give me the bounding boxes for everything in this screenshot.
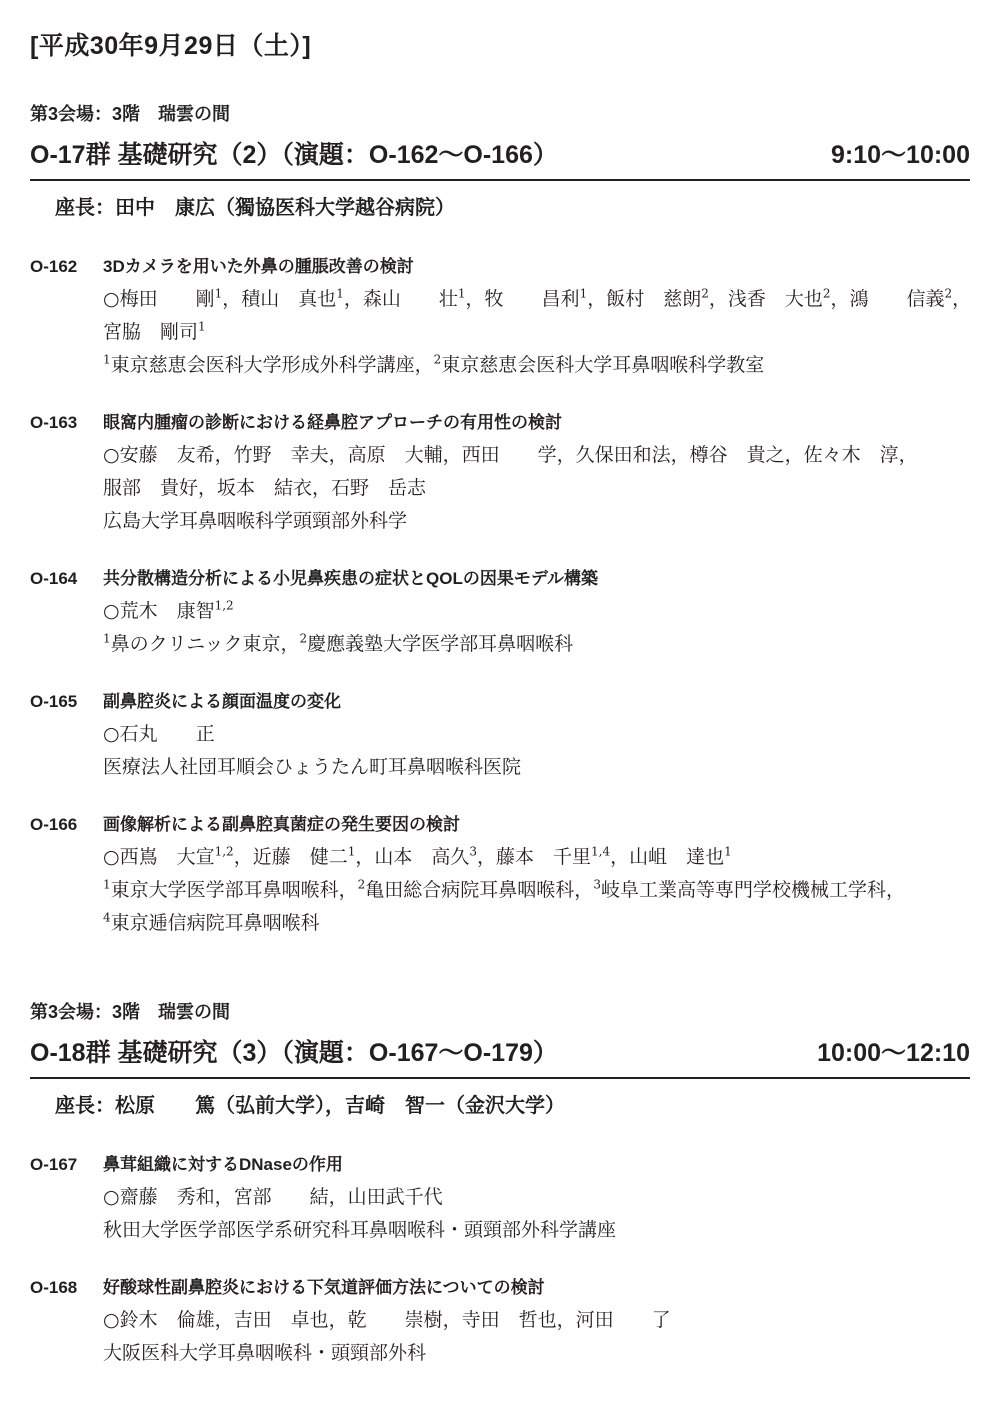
text-line: 秋田大学医学部医学系研究科耳鼻咽喉科・頭頸部外科学講座	[103, 1214, 970, 1247]
presentation-title: 画像解析による副鼻腔真菌症の発生要因の検討	[103, 808, 970, 841]
presentation-authors: ○西嶌 大宣1,2，近藤 健二1，山本 高久3，藤本 千里1,4，山岨 達也1	[103, 841, 970, 874]
presentation-list: O-162 3Dカメラを用いた外鼻の腫脹改善の検討 ○梅田 剛1，積山 真也1，…	[30, 250, 970, 940]
presentation-title: 好酸球性副鼻腔炎における下気道評価方法についての検討	[103, 1271, 970, 1304]
presentation-title: 3Dカメラを用いた外鼻の腫脹改善の検討	[103, 250, 970, 283]
text-line: 広島大学耳鼻咽喉科学頭頸部外科学	[103, 505, 970, 538]
presentation-o168: O-168 好酸球性副鼻腔炎における下気道評価方法についての検討 ○鈴木 倫雄，…	[30, 1271, 970, 1370]
text-line: ○齋藤 秀和，宮部 結，山田武千代	[103, 1181, 970, 1214]
text-line: ○安藤 友希，竹野 幸夫，高原 大輔，西田 学，久保田和法，樽谷 貴之，佐々木 …	[103, 439, 970, 472]
presentation-o162: O-162 3Dカメラを用いた外鼻の腫脹改善の検討 ○梅田 剛1，積山 真也1，…	[30, 250, 970, 382]
session-o17: 第3会場：3階 瑞雲の間 O-17群 基礎研究（2）（演題：O-162～O-16…	[30, 100, 970, 940]
presentation-title: 副鼻腔炎による顔面温度の変化	[103, 685, 970, 718]
session-rule	[30, 179, 970, 181]
presentation-title: 共分散構造分析による小児鼻疾患の症状とQOLの因果モデル構築	[103, 562, 970, 595]
presentation-title: 鼻茸組織に対するDNaseの作用	[103, 1148, 970, 1181]
presentation-o164: O-164 共分散構造分析による小児鼻疾患の症状とQOLの因果モデル構築 ○荒木…	[30, 562, 970, 661]
text-line: 4東京逓信病院耳鼻咽喉科	[103, 907, 970, 940]
presentation-body: 眼窩内腫瘤の診断における経鼻腔アプローチの有用性の検討 ○安藤 友希，竹野 幸夫…	[103, 406, 970, 538]
presentation-authors: ○梅田 剛1，積山 真也1，森山 壮1，牧 昌利1，飯村 慈朗2，浅香 大也2，…	[103, 283, 970, 349]
presentation-body: 共分散構造分析による小児鼻疾患の症状とQOLの因果モデル構築 ○荒木 康智1,2…	[103, 562, 970, 661]
text-line: 1鼻のクリニック東京，2慶應義塾大学医学部耳鼻咽喉科	[103, 628, 970, 661]
presentation-o167: O-167 鼻茸組織に対するDNaseの作用 ○齋藤 秀和，宮部 結，山田武千代…	[30, 1148, 970, 1247]
text-line: 服部 貴好，坂本 結衣，石野 岳志	[103, 472, 970, 505]
presentation-list: O-167 鼻茸組織に対するDNaseの作用 ○齋藤 秀和，宮部 結，山田武千代…	[30, 1148, 970, 1370]
session-header: O-18群 基礎研究（3）（演題：O-167～O-179） 10:00～12:1…	[30, 1033, 970, 1069]
presentation-title: 眼窩内腫瘤の診断における経鼻腔アプローチの有用性の検討	[103, 406, 970, 439]
presentation-affiliations: 医療法人社団耳順会ひょうたん町耳鼻咽喉科医院	[103, 751, 970, 784]
program-page: [平成30年9月29日（土）] 第3会場：3階 瑞雲の間 O-17群 基礎研究（…	[0, 0, 1000, 1410]
text-line: ○梅田 剛1，積山 真也1，森山 壮1，牧 昌利1，飯村 慈朗2，浅香 大也2，…	[103, 283, 970, 316]
session-chair: 座長：松原 篤（弘前大学），吉崎 智一（金沢大学）	[30, 1089, 970, 1118]
presentation-affiliations: 大阪医科大学耳鼻咽喉科・頭頸部外科	[103, 1337, 970, 1370]
presentation-o165: O-165 副鼻腔炎による顔面温度の変化 ○石丸 正 医療法人社団耳順会ひょうた…	[30, 685, 970, 784]
text-line: ○石丸 正	[103, 718, 970, 751]
presentation-affiliations: 秋田大学医学部医学系研究科耳鼻咽喉科・頭頸部外科学講座	[103, 1214, 970, 1247]
text-line: ○荒木 康智1,2	[103, 595, 970, 628]
presentation-id: O-163	[30, 406, 103, 439]
presentation-body: 好酸球性副鼻腔炎における下気道評価方法についての検討 ○鈴木 倫雄，吉田 卓也，…	[103, 1271, 970, 1370]
presentation-id: O-166	[30, 808, 103, 841]
presentation-body: 画像解析による副鼻腔真菌症の発生要因の検討 ○西嶌 大宣1,2，近藤 健二1，山…	[103, 808, 970, 940]
presentation-authors: ○安藤 友希，竹野 幸夫，高原 大輔，西田 学，久保田和法，樽谷 貴之，佐々木 …	[103, 439, 970, 505]
presentation-id: O-165	[30, 685, 103, 718]
presentation-authors: ○石丸 正	[103, 718, 970, 751]
session-venue: 第3会場：3階 瑞雲の間	[30, 998, 970, 1024]
session-title: O-18群 基礎研究（3）（演題：O-167～O-179）	[30, 1033, 558, 1069]
text-line: 1東京大学医学部耳鼻咽喉科，2亀田総合病院耳鼻咽喉科，3岐阜工業高等専門学校機械…	[103, 874, 970, 907]
session-time: 9:10～10:00	[831, 135, 970, 171]
presentation-affiliations: 1鼻のクリニック東京，2慶應義塾大学医学部耳鼻咽喉科	[103, 628, 970, 661]
text-line: ○鈴木 倫雄，吉田 卓也，乾 崇樹，寺田 哲也，河田 了	[103, 1304, 970, 1337]
presentation-body: 鼻茸組織に対するDNaseの作用 ○齋藤 秀和，宮部 結，山田武千代 秋田大学医…	[103, 1148, 970, 1247]
text-line: 大阪医科大学耳鼻咽喉科・頭頸部外科	[103, 1337, 970, 1370]
date-header: [平成30年9月29日（土）]	[30, 26, 970, 62]
session-title: O-17群 基礎研究（2）（演題：O-162～O-166）	[30, 135, 558, 171]
session-venue: 第3会場：3階 瑞雲の間	[30, 100, 970, 126]
session-time: 10:00～12:10	[817, 1033, 970, 1069]
presentation-affiliations: 1東京大学医学部耳鼻咽喉科，2亀田総合病院耳鼻咽喉科，3岐阜工業高等専門学校機械…	[103, 874, 970, 940]
text-line: 宮脇 剛司1	[103, 316, 970, 349]
presentation-body: 3Dカメラを用いた外鼻の腫脹改善の検討 ○梅田 剛1，積山 真也1，森山 壮1，…	[103, 250, 970, 382]
presentation-o166: O-166 画像解析による副鼻腔真菌症の発生要因の検討 ○西嶌 大宣1,2，近藤…	[30, 808, 970, 940]
presentation-id: O-162	[30, 250, 103, 283]
presentation-o163: O-163 眼窩内腫瘤の診断における経鼻腔アプローチの有用性の検討 ○安藤 友希…	[30, 406, 970, 538]
session-chair: 座長：田中 康広（獨協医科大学越谷病院）	[30, 191, 970, 220]
text-line: 1東京慈恵会医科大学形成外科学講座，2東京慈恵会医科大学耳鼻咽喉科学教室	[103, 349, 970, 382]
session-o18: 第3会場：3階 瑞雲の間 O-18群 基礎研究（3）（演題：O-167～O-17…	[30, 998, 970, 1370]
presentation-body: 副鼻腔炎による顔面温度の変化 ○石丸 正 医療法人社団耳順会ひょうたん町耳鼻咽喉…	[103, 685, 970, 784]
presentation-affiliations: 1東京慈恵会医科大学形成外科学講座，2東京慈恵会医科大学耳鼻咽喉科学教室	[103, 349, 970, 382]
presentation-authors: ○齋藤 秀和，宮部 結，山田武千代	[103, 1181, 970, 1214]
session-rule	[30, 1077, 970, 1079]
text-line: 医療法人社団耳順会ひょうたん町耳鼻咽喉科医院	[103, 751, 970, 784]
presentation-authors: ○鈴木 倫雄，吉田 卓也，乾 崇樹，寺田 哲也，河田 了	[103, 1304, 970, 1337]
text-line: ○西嶌 大宣1,2，近藤 健二1，山本 高久3，藤本 千里1,4，山岨 達也1	[103, 841, 970, 874]
session-header: O-17群 基礎研究（2）（演題：O-162～O-166） 9:10～10:00	[30, 135, 970, 171]
presentation-id: O-168	[30, 1271, 103, 1304]
presentation-affiliations: 広島大学耳鼻咽喉科学頭頸部外科学	[103, 505, 970, 538]
presentation-id: O-164	[30, 562, 103, 595]
presentation-id: O-167	[30, 1148, 103, 1181]
presentation-authors: ○荒木 康智1,2	[103, 595, 970, 628]
